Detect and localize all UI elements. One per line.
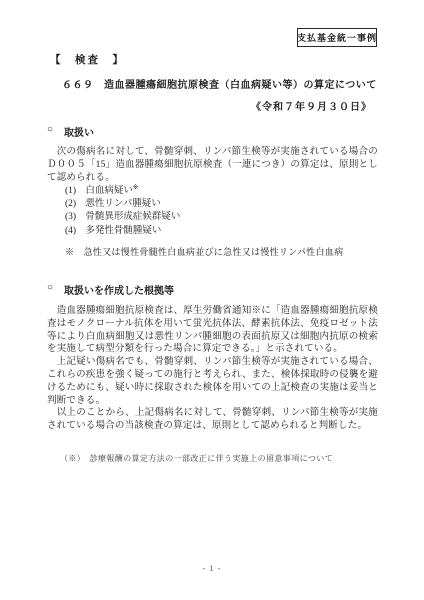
section-heading-rationale: ○ 取扱いを作成した根拠等: [47, 282, 174, 297]
footnote-marker-icon: ※: [133, 184, 138, 191]
list-item: (3) 骨髄異形成症候群疑い: [65, 211, 180, 224]
document-footnote: （※） 診療報酬の算定方法の一部改正に伴う実施上の留意事項について: [60, 453, 333, 464]
section-heading-label: 取扱い: [64, 124, 94, 139]
list-item: (4) 多発性骨髄腫疑い: [65, 225, 180, 238]
document-page: 支払基金統一事例 【 検査 】 ６６９ 造血器腫瘍細胞抗原検査（白血病疑い等）の…: [0, 0, 424, 600]
list-item-label: 悪性リンパ腫疑い: [85, 199, 160, 209]
document-title: ６６９ 造血器腫瘍細胞抗原検査（白血病疑い等）の算定について: [62, 76, 377, 91]
category-header: 【 検査 】: [50, 52, 125, 67]
list-item-number: (1): [65, 185, 83, 198]
document-date: 《令和７年９月３０日》: [251, 98, 372, 113]
circle-marker-icon: ○: [47, 124, 53, 139]
page-number: - 1 -: [0, 563, 424, 573]
list-item: (1) 白血病疑い※: [65, 185, 180, 198]
list-item-number: (2): [65, 198, 83, 211]
stamp-label: 支払基金統一事例: [297, 31, 377, 44]
section-heading-handling: ○ 取扱い: [47, 124, 94, 139]
list-item-label: 骨髄異形成症候群疑い: [85, 212, 180, 222]
circle-marker-icon: ○: [47, 282, 53, 297]
list-item-number: (4): [65, 225, 83, 238]
list-item: (2) 悪性リンパ腫疑い: [65, 198, 180, 211]
section-rationale-body: 造血器腫瘍細胞抗原検査は、厚生労働省通知※に「造血器腫瘍細胞抗原検査はモノクロー…: [47, 305, 378, 433]
list-item-number: (3): [65, 211, 83, 224]
section-note: ※ 急性又は慢性骨髄性白血病並びに急性又は慢性リンパ性白血病: [65, 245, 343, 258]
stamp-box: 支払基金統一事例: [297, 28, 377, 47]
section-heading-label: 取扱いを作成した根拠等: [64, 282, 174, 297]
list-item-label: 白血病疑い: [85, 186, 133, 196]
list-item-label: 多発性骨髄腫疑い: [85, 226, 161, 236]
suspected-disease-list: (1) 白血病疑い※ (2) 悪性リンパ腫疑い (3) 骨髄異形成症候群疑い (…: [65, 185, 180, 238]
section-handling-body: 次の傷病名に対して、骨髄穿刺、リンパ節生検等が実施されている場合のＤ００５「15…: [47, 146, 378, 185]
